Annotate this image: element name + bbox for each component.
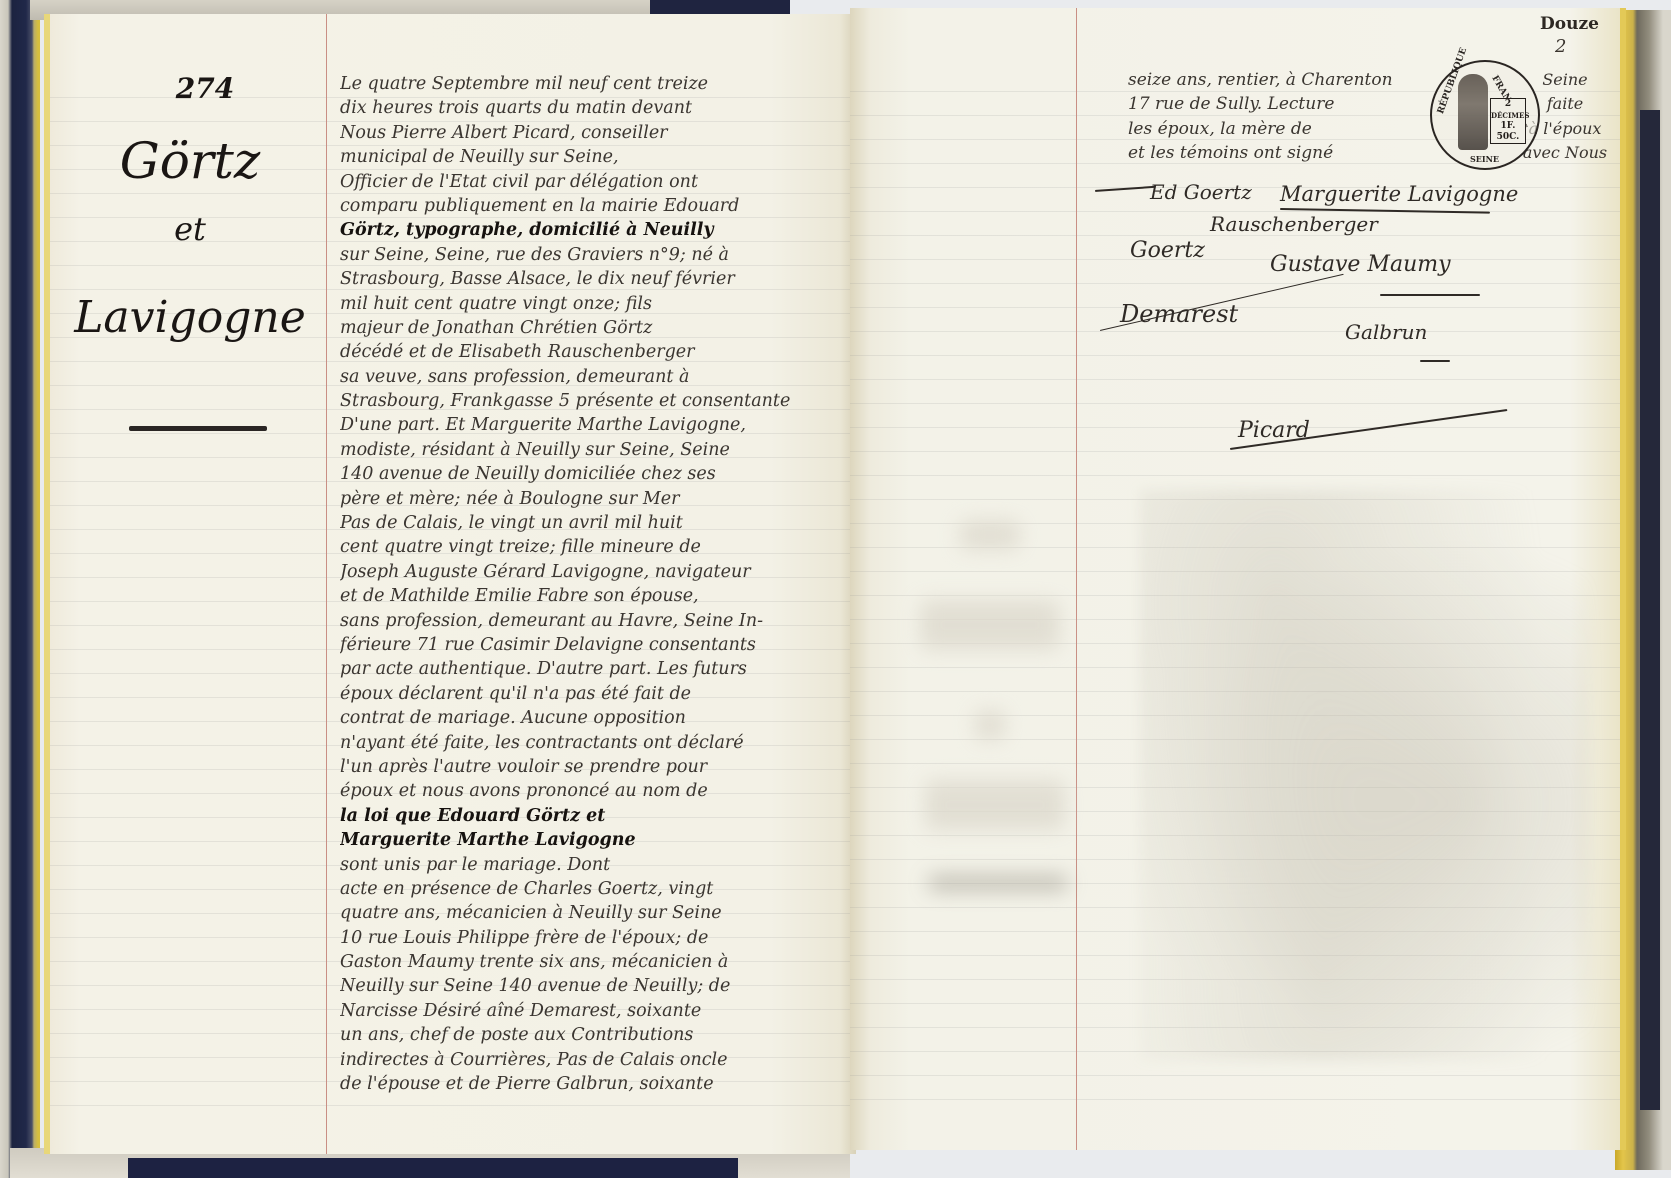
- stamp-value-line: 2: [1491, 99, 1525, 110]
- blurred-conjunction: [975, 710, 1005, 740]
- act-line: 17 rue de Sully. Lecture: [1128, 92, 1428, 116]
- tax-stamp: RÉPUBLIQUE FRANÇAISE 2 DÉCIMES 1F. 50C. …: [1430, 60, 1540, 170]
- act-number: 274: [150, 72, 260, 105]
- right-cover-shadow: [1640, 110, 1660, 1110]
- act-line: Officier de l'Etat civil par délégation …: [340, 170, 830, 194]
- act-line: Nous Pierre Albert Picard, conseiller: [340, 121, 830, 145]
- act-line: la loi que Edouard Görtz et: [340, 804, 830, 828]
- act-line: indirectes à Courrières, Pas de Calais o…: [340, 1048, 830, 1072]
- signature-groom: Ed Goertz: [1150, 180, 1252, 204]
- act-line: 10 rue Louis Philippe frère de l'époux; …: [340, 926, 830, 950]
- act-line: n'ayant été faite, les contractants ont …: [340, 731, 830, 755]
- act-line: sont unis par le mariage. Dont: [340, 853, 830, 877]
- margin-underline: [129, 426, 267, 431]
- stamp-value: 2 DÉCIMES 1F. 50C.: [1490, 98, 1526, 144]
- act-line: mil huit cent quatre vingt onze; fils: [340, 292, 830, 316]
- signature-witness: Demarest: [1120, 300, 1238, 328]
- act-line: Neuilly sur Seine 140 avenue de Neuilly;…: [340, 974, 830, 998]
- act-line: contrat de mariage. Aucune opposition: [340, 706, 830, 730]
- blurred-surname: [925, 780, 1065, 830]
- act-line: père et mère; née à Boulogne sur Mer: [340, 487, 830, 511]
- act-line: les époux, la mère de: [1128, 117, 1428, 141]
- stamp-ring-bottom: SEINE: [1470, 154, 1499, 164]
- act-line: et de Mathilde Emilie Fabre son épouse,: [340, 584, 830, 608]
- act-line: cent quatre vingt treize; fille mineure …: [340, 535, 830, 559]
- signature-bride: Marguerite Lavigogne: [1280, 182, 1518, 206]
- act-line: Strasbourg, Basse Alsace, le dix neuf fé…: [340, 267, 830, 291]
- blurred-act-text: [1140, 490, 1590, 1060]
- signature-witness: Gustave Maumy: [1270, 252, 1451, 277]
- act-line: Görtz, typographe, domicilié à Neuilly: [340, 218, 830, 242]
- act-continuation: seize ans, rentier, à Charenton 17 rue d…: [1128, 68, 1428, 166]
- margin-rule-line: [326, 14, 327, 1154]
- act-line: municipal de Neuilly sur Seine,: [340, 145, 830, 169]
- act-line: Marguerite Marthe Lavigogne: [340, 828, 830, 852]
- act-line: époux déclarent qu'il n'a pas été fait d…: [340, 682, 830, 706]
- blurred-rule: [928, 876, 1068, 890]
- bride-surname: Lavigogne: [70, 292, 310, 343]
- act-line: sans profession, demeurant au Havre, Sei…: [340, 609, 830, 633]
- stamp-value-line: 50C.: [1491, 132, 1525, 143]
- act-line: avec Nous: [1520, 141, 1610, 165]
- act-line: Gaston Maumy trente six ans, mécanicien …: [340, 950, 830, 974]
- margin-rule-line: [1076, 8, 1077, 1150]
- act-line: sa veuve, sans profession, demeurant à: [340, 365, 830, 389]
- act-line: Pas de Calais, le vingt un avril mil hui…: [340, 511, 830, 535]
- act-line: quatre ans, mécanicien à Neuilly sur Sei…: [340, 901, 830, 925]
- act-line: seize ans, rentier, à Charenton: [1128, 68, 1428, 92]
- conjunction-et: et: [140, 210, 240, 248]
- blurred-surname: [920, 600, 1060, 650]
- groom-surname: Görtz: [100, 132, 280, 190]
- act-line: et les témoins ont signé: [1128, 141, 1428, 165]
- act-line: décédé et de Elisabeth Rauschenberger: [340, 340, 830, 364]
- blurred-act-number: [960, 520, 1020, 550]
- marianne-figure-icon: [1458, 74, 1488, 150]
- act-line: 140 avenue de Neuilly domiciliée chez se…: [340, 462, 830, 486]
- act-line: D'une part. Et Marguerite Marthe Lavigog…: [340, 413, 830, 437]
- marriage-act-body: Le quatre Septembre mil neuf cent treize…: [340, 72, 830, 1096]
- signature-witness: Goertz: [1130, 238, 1205, 263]
- act-line: Strasbourg, Frankgasse 5 présente et con…: [340, 389, 830, 413]
- act-line: sur Seine, Seine, rue des Graviers n°9; …: [340, 243, 830, 267]
- signature-flourish: [1380, 294, 1480, 296]
- act-line: Le quatre Septembre mil neuf cent treize: [340, 72, 830, 96]
- page-mark: 2: [1555, 36, 1566, 57]
- signature-witness: Galbrun: [1345, 320, 1427, 344]
- act-line: modiste, résidant à Neuilly sur Seine, S…: [340, 438, 830, 462]
- act-line: Narcisse Désiré aîné Demarest, soixante: [340, 999, 830, 1023]
- act-line: majeur de Jonathan Chrétien Görtz: [340, 316, 830, 340]
- act-line: acte en présence de Charles Goertz, ving…: [340, 877, 830, 901]
- act-line: Joseph Auguste Gérard Lavigogne, navigat…: [340, 560, 830, 584]
- act-line: comparu publiquement en la mairie Edouar…: [340, 194, 830, 218]
- act-line: l'un après l'autre vouloir se prendre po…: [340, 755, 830, 779]
- act-line: de l'épouse et de Pierre Galbrun, soixan…: [340, 1072, 830, 1096]
- act-line: un ans, chef de poste aux Contributions: [340, 1023, 830, 1047]
- bottom-cover-navy-cloth: [128, 1158, 738, 1178]
- signature-flourish: [1420, 360, 1450, 362]
- stamp-value-line: 1F.: [1491, 121, 1525, 132]
- stamp-value-line: DÉCIMES: [1491, 110, 1525, 121]
- act-line: époux et nous avons prononcé au nom de: [340, 779, 830, 803]
- act-line: férieure 71 rue Casimir Delavigne consen…: [340, 633, 830, 657]
- top-cover-navy-cloth: [650, 0, 790, 14]
- page-number-word: Douze: [1540, 14, 1599, 34]
- left-binding-edge: [0, 0, 40, 1178]
- signature-mother: Rauschenberger: [1210, 212, 1378, 236]
- act-line: par acte authentique. D'autre part. Les …: [340, 657, 830, 681]
- act-line: dix heures trois quarts du matin devant: [340, 96, 830, 120]
